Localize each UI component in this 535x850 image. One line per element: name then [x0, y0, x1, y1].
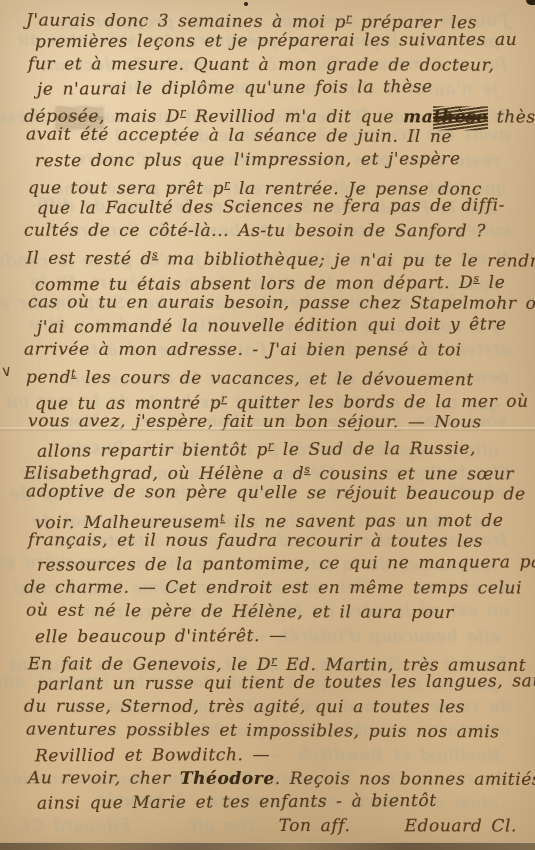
letter-line: ressources de la pantomime, ce qui ne ma… [37, 552, 523, 579]
text-segment: fur et à mesure. Quant à mon grade de do… [28, 54, 495, 75]
text-segment: cas où tu en aurais besoin, passe chez S… [28, 292, 535, 314]
text-segment: avait été acceptée à la séance de juin. … [26, 124, 452, 147]
letter-line: du russe, Sternod, très agité, qui a tou… [24, 696, 523, 721]
text-segment: j'ai commandé la nouvelle édition qui do… [37, 315, 507, 338]
text-segment: français, et il nous faudra recourir à t… [28, 530, 483, 551]
letter-line: déposée, mais Dr Revilliod m'a dit que m… [24, 101, 523, 126]
text-segment: que tout sera prêt p [28, 178, 224, 199]
letter-line: reste donc plus que l'impression, et j'e… [35, 148, 523, 174]
letter-line: vous avez, j'espère, fait un bon séjour.… [28, 410, 523, 435]
letter-line: avait été acceptée à la séance de juin. … [26, 123, 523, 150]
emphasized-text: Théodore [180, 768, 275, 788]
text-segment: reste donc plus que l'impression, et j'e… [35, 149, 461, 171]
letter-line: Au revoir, cher Théodore. Reçois nos bon… [28, 767, 523, 792]
letter-line: que tu as montré pr quitter les bords de… [35, 385, 523, 411]
letter-line: Revilliod et Bowditch. — [35, 742, 523, 768]
text-segment: du russe, Sternod, très agité, qui a tou… [24, 697, 465, 718]
insertion-caret-mark: ∨ [0, 361, 13, 380]
letter-line: cultés de ce côté-là... As-tu besoin de … [24, 220, 523, 245]
letter-line: ainsi que Marie et tes enfants - à bient… [37, 790, 523, 817]
text-segment: quitter les bords de la mer où [227, 391, 529, 413]
letter-line: arrivée à mon adresse. - J'ai bien pensé… [24, 339, 523, 364]
letter-line: j'ai commandé la nouvelle édition qui do… [37, 314, 523, 341]
text-segment: aventures possibles et impossibles, puis… [26, 719, 500, 742]
letter-line: Elisabethgrad, où Hélène a ds cousins et… [24, 458, 523, 483]
text-segment: le [480, 273, 506, 293]
letter-line: je n'aurai le diplôme qu'une fois la thè… [37, 76, 523, 103]
text-segment: . Reçois nos bonnes amitiés [275, 768, 535, 789]
emphasized-text: ma [403, 107, 433, 127]
letter-line: voir. Malheureusemt ils ne savent pas un… [35, 504, 523, 530]
text-segment: arrivée à mon adresse. - J'ai bien pensé… [24, 340, 462, 361]
text-segment: Il est resté d [26, 248, 152, 269]
letter-line: français, et il nous faudra recourir à t… [28, 529, 523, 554]
letter-line: premières leçons et je préparerai les su… [35, 29, 523, 55]
letter-line: cas où tu en aurais besoin, passe chez S… [28, 291, 523, 316]
letter-line: pendt les cours de vacances, et le dévou… [26, 361, 523, 388]
letter-line: elle beaucoup d'intérêt. — [35, 623, 523, 649]
text-segment: où est né le père de Hélène, et il aura … [26, 600, 454, 623]
letter-line: J'aurais donc 3 semaines à moi pr prépar… [26, 4, 523, 31]
letter-line: de charme. — Cet endroit est en même tem… [24, 577, 523, 602]
letter-line: adoptive de son père qu'elle se réjouit … [26, 480, 523, 507]
text-segment: ils ne savent pas un mot de [225, 511, 503, 532]
text-segment: je n'aurai le diplôme qu'une fois la thè… [37, 77, 433, 100]
letter-line: où est né le père de Hélène, et il aura … [26, 599, 523, 626]
letter-line: parlant un russe qui tient de toutes les… [37, 671, 523, 698]
text-segment: premières leçons et je préparerai les su… [35, 30, 517, 53]
letter-line: fur et à mesure. Quant à mon grade de do… [28, 53, 523, 78]
letter-text: J'aurais donc 3 semaines à moi pr prépar… [0, 6, 535, 839]
text-segment: de charme. — Cet endroit est en même tem… [24, 578, 522, 599]
text-segment: elle beaucoup d'intérêt. — [35, 626, 287, 647]
ink-speck [244, 2, 248, 6]
text-segment: ressources de la pantomime, ce qui ne ma… [37, 552, 535, 576]
text-segment: Revilliod et Bowditch. — [35, 745, 270, 766]
text-segment: que la Faculté des Sciences ne fera pas … [37, 196, 505, 219]
letter-line: aventures possibles et impossibles, puis… [26, 718, 523, 745]
text-segment: Au revoir, cher [28, 768, 180, 788]
letter-line: allons repartir bientôt pr le Sud de la … [37, 433, 523, 460]
text-segment: cultés de ce côté-là... As-tu besoin de … [24, 221, 486, 242]
letter-line: que la Faculté des Sciences ne fera pas … [37, 195, 523, 222]
text-segment: adoptive de son père qu'elle se réjouit … [26, 481, 526, 504]
letter-line: Il est resté ds ma bibliothèque; je n'ai… [26, 242, 523, 269]
page-edge-shadow [0, 842, 535, 850]
text-segment: parlant un russe qui tient de toutes les… [37, 671, 535, 695]
letter-line: En fait de Genevois, le Dr Ed. Martin, t… [28, 648, 523, 673]
text-segment: pend [26, 367, 71, 387]
letter-line: que tout sera prêt pr la rentrée. Je pen… [28, 172, 523, 197]
letter-line: comme tu étais absent lors de mon départ… [35, 266, 523, 292]
text-segment: thèse [488, 108, 535, 128]
text-segment: ainsi que Marie et tes enfants - à bient… [37, 791, 437, 814]
letter-line: Ton aff. Edouard Cl. [24, 815, 523, 840]
text-segment: vous avez, j'espère, fait un bon séjour.… [28, 411, 482, 432]
text-segment: Ton aff. Edouard Cl. [279, 816, 517, 836]
